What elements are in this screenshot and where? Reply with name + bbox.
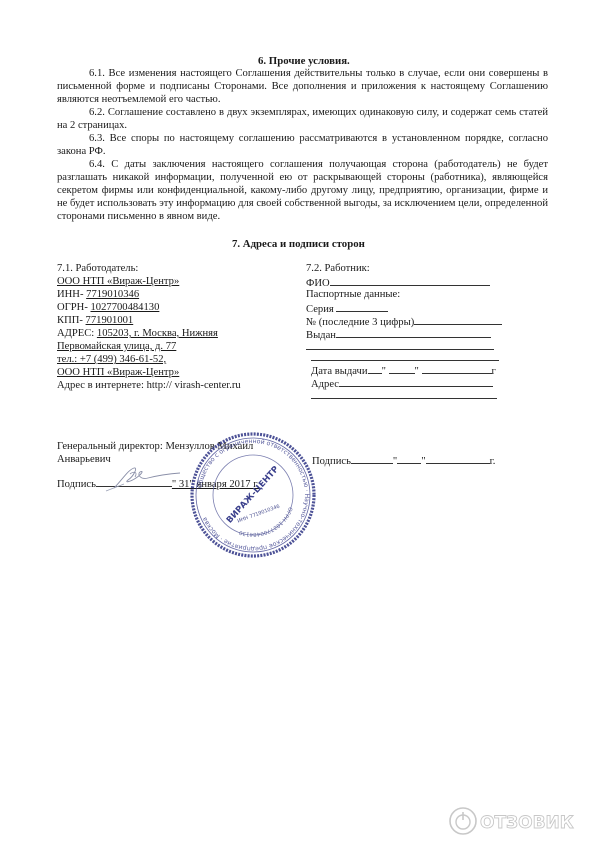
issue-date-blank-1[interactable]: [368, 364, 382, 374]
employee-sign-blank-3[interactable]: [426, 454, 490, 464]
clause-6-2: 6.2. Соглашение составлено в двух экземп…: [57, 107, 548, 133]
document-page: 6. Прочие условия. 6.1. Все изменения на…: [0, 0, 600, 849]
employee-sign-label: Подпись: [312, 456, 351, 467]
employer-inn: ИНН- 7719010346: [57, 289, 139, 300]
clause-6-3: 6.3. Все споры по настоящему соглашению …: [57, 133, 548, 159]
issue-date-blank-2[interactable]: [389, 364, 415, 374]
employer-phone: тел.: +7 (499) 346-61-52,: [57, 354, 166, 365]
employer-address-line2: Первомайская улица, д. 77: [57, 341, 176, 352]
issue-date-label: Дата выдачи: [311, 366, 368, 377]
employee-address-blank[interactable]: [339, 377, 493, 387]
number-field[interactable]: № (последние 3 цифры): [306, 315, 502, 328]
inn-value: 7719010346: [86, 289, 139, 300]
series-field[interactable]: Серия: [306, 302, 388, 315]
employee-sign-blank-2[interactable]: [397, 454, 421, 464]
employer-company-2: ООО НТП «Вираж-Центр»: [57, 367, 179, 378]
employee-heading: 7.2. Работник:: [306, 263, 370, 274]
employee-fio-field[interactable]: ФИО: [306, 276, 490, 289]
year-suffix: г.: [490, 456, 496, 467]
fio-label: ФИО: [306, 278, 330, 289]
employer-heading: 7.1. Работодатель:: [57, 263, 138, 274]
issued-field[interactable]: Выдан: [306, 328, 491, 341]
employer-company: ООО НТП «Вираж-Центр»: [57, 276, 179, 287]
employee-address-label: Адрес: [311, 379, 339, 390]
issued-blank-line3[interactable]: [311, 360, 499, 361]
series-label: Серия: [306, 304, 334, 315]
issued-blank[interactable]: [336, 328, 491, 338]
issue-date-field[interactable]: Дата выдачи" " г: [311, 364, 496, 377]
kpp-label: КПП-: [57, 315, 86, 326]
address-label: АДРЕС:: [57, 328, 97, 339]
otzovik-logo-icon: ОТЗОВИК: [448, 803, 578, 839]
quote: ": [415, 366, 419, 377]
employee-signature-field[interactable]: Подпись""г.: [312, 454, 495, 467]
quote: ": [382, 366, 386, 377]
employee-address-field[interactable]: Адрес: [311, 377, 493, 390]
clause-6-2-text: 6.2. Соглашение составлено в двух экземп…: [57, 107, 548, 131]
ogrn-label: ОГРН-: [57, 302, 91, 313]
employer-sign-label: Подпись: [57, 479, 96, 490]
clause-6-3-text: 6.3. Все споры по настоящему соглашению …: [57, 133, 548, 157]
svg-text:ОТЗОВИК: ОТЗОВИК: [480, 813, 574, 833]
director-name-line2: Анварьевич: [57, 454, 111, 465]
handwritten-signature-icon: [104, 462, 184, 492]
clause-6-1: 6.1. Все изменения настоящего Соглашения…: [57, 68, 548, 107]
clause-6-4-text: 6.4. С даты заключения настоящего соглаш…: [57, 159, 548, 222]
section-7-title: 7. Адреса и подписи сторон: [232, 238, 365, 250]
employee-sign-blank-1[interactable]: [351, 454, 393, 464]
fio-blank[interactable]: [330, 276, 490, 286]
number-label: № (последние 3 цифры): [306, 317, 414, 328]
issued-label: Выдан: [306, 330, 336, 341]
series-blank[interactable]: [336, 302, 388, 312]
employer-kpp: КПП- 771901001: [57, 315, 133, 326]
clause-6-1-text: 6.1. Все изменения настоящего Соглашения…: [57, 68, 548, 105]
number-blank[interactable]: [414, 315, 502, 325]
employer-website: Адрес в интернете: http:// virash-center…: [57, 380, 241, 391]
issue-date-blank-3[interactable]: [422, 364, 492, 374]
year-suffix: г: [492, 366, 496, 377]
company-stamp-icon: Общество с ограниченной ответственностью…: [189, 431, 317, 559]
address-line1: 105203, г. Москва, Нижняя: [97, 328, 218, 339]
employer-address: АДРЕС: 105203, г. Москва, Нижняя: [57, 328, 218, 339]
passport-label: Паспортные данные:: [306, 289, 400, 300]
inn-label: ИНН-: [57, 289, 86, 300]
employer-ogrn: ОГРН- 1027700484130: [57, 302, 159, 313]
section-6-title: 6. Прочие условия.: [258, 55, 350, 67]
clause-6-4: 6.4. С даты заключения настоящего соглаш…: [57, 159, 548, 224]
issued-blank-line2[interactable]: [306, 349, 494, 350]
ogrn-value: 1027700484130: [91, 302, 160, 313]
kpp-value: 771901001: [86, 315, 134, 326]
otzovik-watermark: ОТЗОВИК: [448, 803, 578, 839]
employee-address-blank-line2[interactable]: [311, 398, 497, 399]
